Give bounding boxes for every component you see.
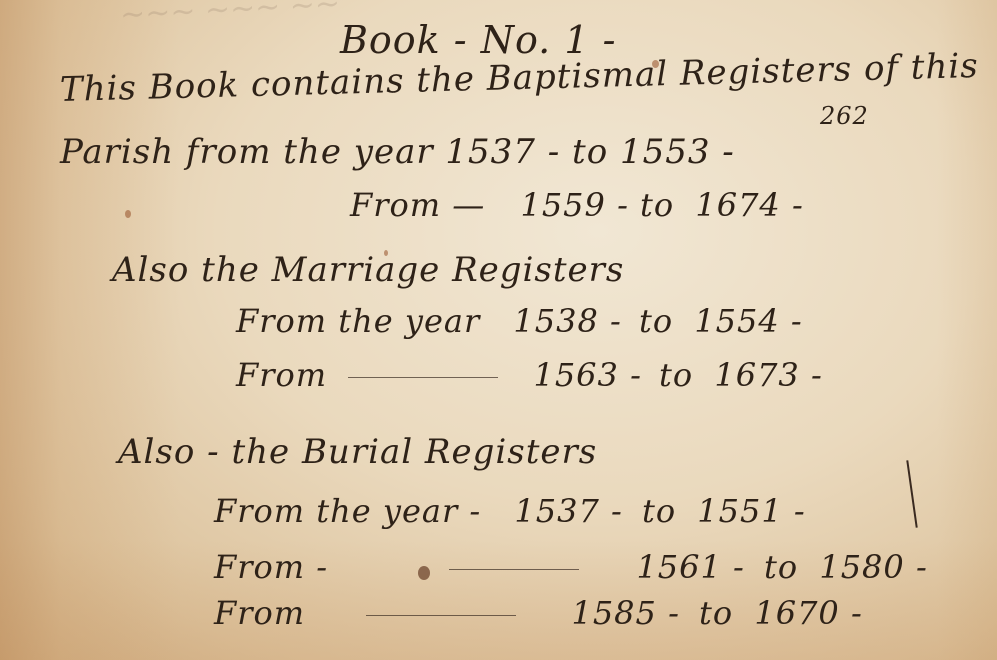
range-start: 1559 [520, 186, 605, 224]
blank-dash-line [449, 569, 579, 570]
range-to-label: to [640, 186, 674, 224]
range-end: 1673 - [714, 356, 822, 394]
range-end: 1580 - [819, 548, 927, 586]
range-from-label: From - [214, 548, 328, 586]
range-start: 1537 - [514, 492, 622, 530]
range-end: 1551 - [697, 492, 805, 530]
marriage-range-2: From 1563 - to 1673 - [236, 356, 823, 394]
range-start: 1585 - [571, 594, 679, 632]
ink-stain [125, 210, 131, 218]
ink-stain [384, 250, 388, 256]
range-start: 1563 - [533, 356, 641, 394]
blank-dash-line [348, 377, 498, 378]
range-from-label: From the year [236, 302, 480, 340]
burial-range-3: From 1585 - to 1670 - [214, 594, 863, 632]
range-start: 1561 - [636, 548, 744, 586]
range-end: 1674 - [695, 186, 803, 224]
range-to-label: to [659, 356, 693, 394]
bleed-through-text: ~~~ ~~~ ~~ [119, 0, 341, 33]
folio-number: 262 [820, 102, 869, 130]
manuscript-page: ~~~ ~~~ ~~ Book - No. 1 - This Book cont… [0, 0, 997, 660]
burial-range-1: From the year - 1537 - to 1551 - [214, 492, 806, 530]
range-start: 1538 - [513, 302, 621, 340]
range-end: 1554 - [694, 302, 802, 340]
range-from-label: From [214, 594, 305, 632]
book-title: Book - No. 1 - [340, 18, 616, 62]
range-to-label: to [642, 492, 676, 530]
range-from-label: From — [350, 186, 485, 224]
intro-line-2: Parish from the year 1537 - to 1553 - [60, 132, 735, 172]
range-to-label: to [699, 594, 733, 632]
marriage-range-1: From the year 1538 - to 1554 - [236, 302, 803, 340]
pen-stroke-mark [906, 460, 917, 528]
marriage-heading: Also the Marriage Registers [112, 250, 624, 290]
range-to-label: to [639, 302, 673, 340]
range-to-label: to [764, 548, 798, 586]
blank-dash-line [366, 615, 516, 616]
burial-heading: Also - the Burial Registers [118, 432, 597, 472]
range-end: 1670 - [754, 594, 862, 632]
ink-blot [418, 566, 430, 580]
burial-range-2: From - 1561 - to 1580 - [214, 548, 928, 586]
baptism-range-2: From — 1559 - to 1674 - [350, 186, 804, 224]
range-from-label: From [236, 356, 327, 394]
ink-stain [652, 60, 659, 68]
range-from-label: From the year - [214, 492, 481, 530]
